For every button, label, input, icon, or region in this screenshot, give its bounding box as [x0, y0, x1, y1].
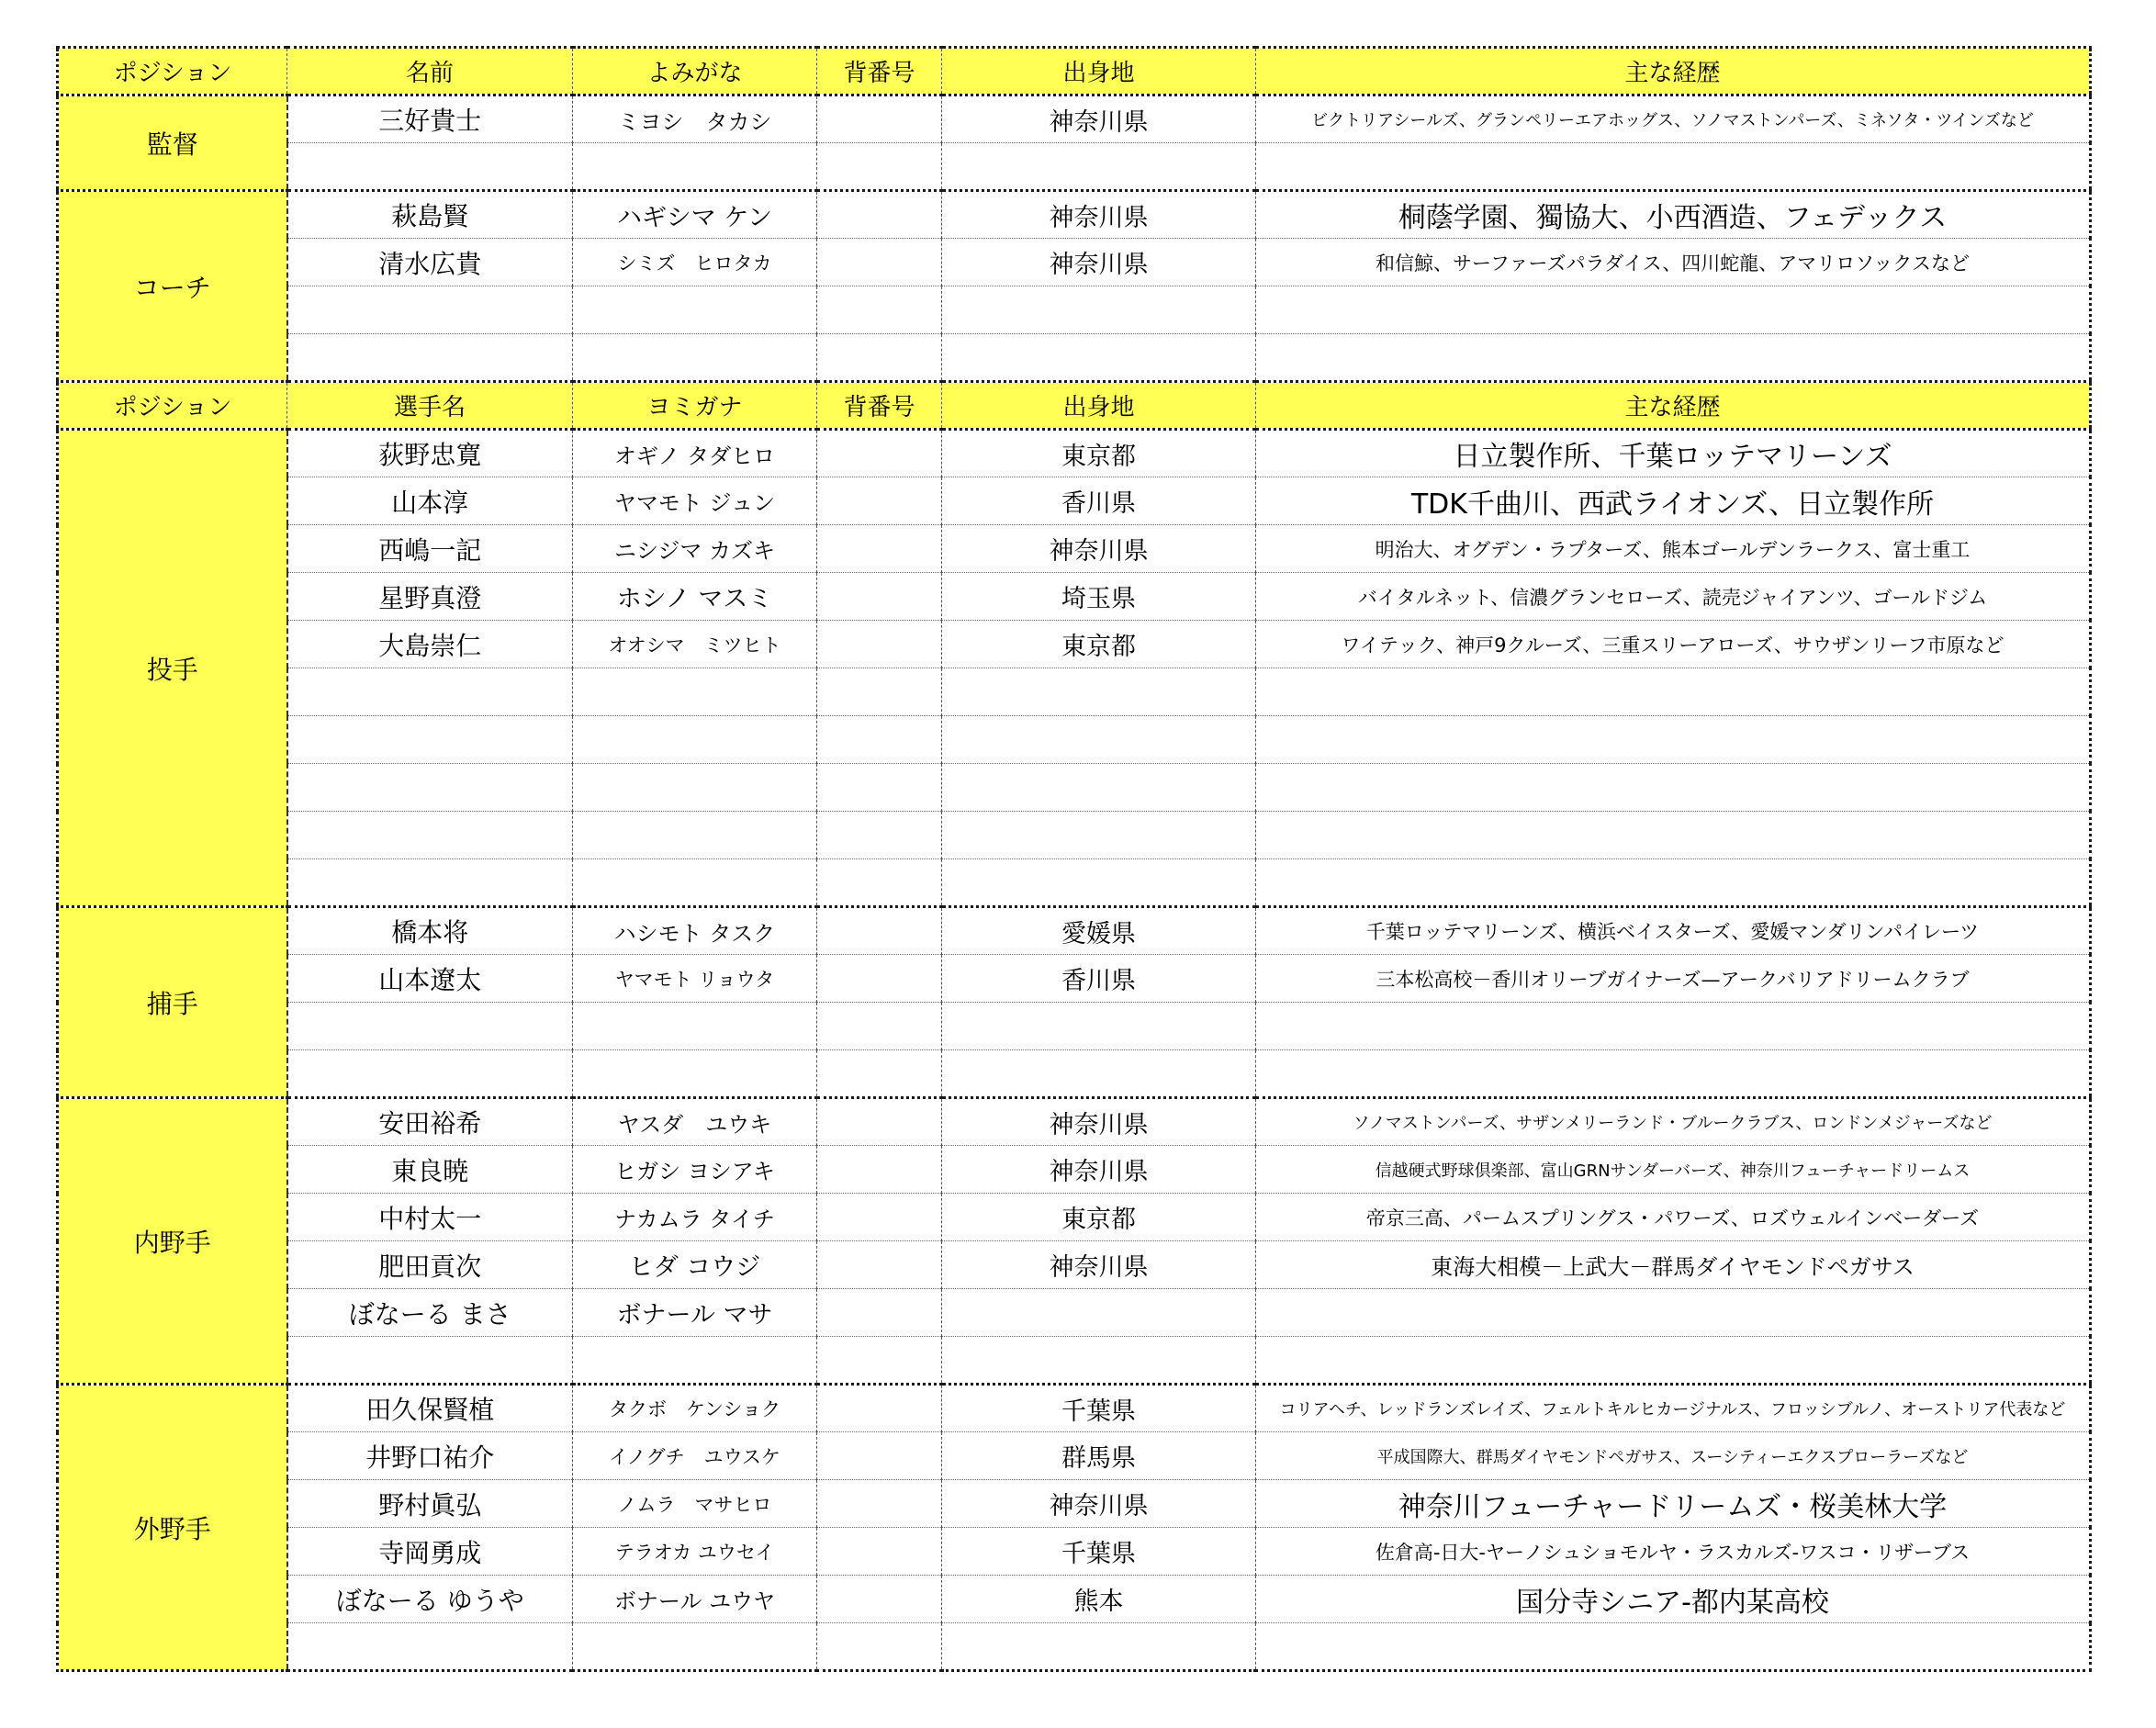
roster-row: 投手荻野忠寛オギノ タダヒロ東京都日立製作所、千葉ロッテマリーンズ	[58, 430, 2091, 477]
cell-hometown: 埼玉県	[942, 573, 1256, 621]
cell-number	[817, 1003, 942, 1050]
header-cell-name: 名前	[287, 48, 573, 95]
cell-hometown: 香川県	[942, 955, 1256, 1003]
cell-hometown	[942, 286, 1256, 334]
header-cell-reading: よみがな	[573, 48, 817, 95]
cell-reading	[573, 334, 817, 382]
cell-reading	[573, 1337, 817, 1385]
cell-number	[817, 573, 942, 621]
cell-career: TDK千曲川、西武ライオンズ、日立製作所	[1256, 477, 2091, 525]
cell-hometown: 神奈川県	[942, 1241, 1256, 1289]
roster-row	[58, 1050, 2091, 1098]
roster-row: 肥田貢次ヒダ コウジ神奈川県東海大相模－上武大－群馬ダイヤモンドペガサス	[58, 1241, 2091, 1289]
cell-career: ソノマストンパーズ、サザンメリーランド・ブルークラブス、ロンドンメジャーズなど	[1256, 1098, 2091, 1146]
cell-number	[817, 334, 942, 382]
cell-reading	[573, 668, 817, 716]
roster-body: ポジション名前よみがな背番号出身地主な経歴監督三好貴士ミヨシ タカシ神奈川県ビク…	[58, 48, 2091, 1671]
cell-career: 帝京三高、パームスプリングス・パワーズ、ロズウェルインベーダーズ	[1256, 1194, 2091, 1241]
cell-name	[287, 1623, 573, 1671]
cell-reading	[573, 1623, 817, 1671]
cell-name: 西嶋一記	[287, 525, 573, 573]
cell-reading: ヒガシ ヨシアキ	[573, 1146, 817, 1194]
cell-reading: ヤマモト リョウタ	[573, 955, 817, 1003]
cell-number	[817, 191, 942, 239]
cell-name: 野村眞弘	[287, 1480, 573, 1528]
cell-name: ぼなーる ゆうや	[287, 1576, 573, 1623]
cell-number	[817, 1194, 942, 1241]
cell-name: ぼなーる まさ	[287, 1289, 573, 1337]
roster-row: 大島崇仁オオシマ ミツヒト東京都ワイテック、神戸9クルーズ、三重スリーアローズ、…	[58, 621, 2091, 668]
roster-row: 監督三好貴士ミヨシ タカシ神奈川県ビクトリアシールズ、グランペリーエアホッグス、…	[58, 95, 2091, 143]
header-row-staff: ポジション名前よみがな背番号出身地主な経歴	[58, 48, 2091, 95]
cell-hometown	[942, 716, 1256, 764]
cell-career: 三本松高校－香川オリーブガイナーズ—アークバリアドリームクラブ	[1256, 955, 2091, 1003]
cell-name: 橋本将	[287, 907, 573, 955]
cell-hometown: 東京都	[942, 1194, 1256, 1241]
cell-name	[287, 286, 573, 334]
cell-hometown: 神奈川県	[942, 1098, 1256, 1146]
cell-number	[817, 1480, 942, 1528]
cell-career: 東海大相模－上武大－群馬ダイヤモンドペガサス	[1256, 1241, 2091, 1289]
header-cell-hometown: 出身地	[942, 382, 1256, 430]
header-cell-reading: ヨミガナ	[573, 382, 817, 430]
cell-name: 清水広貴	[287, 239, 573, 286]
cell-name: 井野口祐介	[287, 1432, 573, 1480]
cell-hometown: 神奈川県	[942, 95, 1256, 143]
cell-reading: ボナール ユウヤ	[573, 1576, 817, 1623]
cell-hometown	[942, 764, 1256, 812]
cell-career	[1256, 286, 2091, 334]
cell-number	[817, 525, 942, 573]
cell-number	[817, 764, 942, 812]
cell-name: 肥田貢次	[287, 1241, 573, 1289]
cell-hometown: 千葉県	[942, 1385, 1256, 1432]
roster-row	[58, 286, 2091, 334]
cell-career	[1256, 1337, 2091, 1385]
section-label-infielder: 内野手	[58, 1098, 287, 1385]
cell-number	[817, 1146, 942, 1194]
header-cell-number: 背番号	[817, 48, 942, 95]
cell-number	[817, 286, 942, 334]
cell-name	[287, 1050, 573, 1098]
cell-hometown	[942, 334, 1256, 382]
roster-row: 外野手田久保賢植タクボ ケンショク千葉県コリアヘチ、レッドランズレイズ、フェルト…	[58, 1385, 2091, 1432]
header-cell-career: 主な経歴	[1256, 382, 2091, 430]
cell-hometown: 神奈川県	[942, 1146, 1256, 1194]
cell-reading: ナカムラ タイチ	[573, 1194, 817, 1241]
cell-name	[287, 1337, 573, 1385]
roster-row: ぼなーる まさボナール マサ	[58, 1289, 2091, 1337]
roster-row	[58, 334, 2091, 382]
cell-name: 安田裕希	[287, 1098, 573, 1146]
cell-hometown: 千葉県	[942, 1528, 1256, 1576]
cell-hometown: 熊本	[942, 1576, 1256, 1623]
cell-number	[817, 716, 942, 764]
cell-reading: ノムラ マサヒロ	[573, 1480, 817, 1528]
cell-career	[1256, 1003, 2091, 1050]
roster-row: 内野手安田裕希ヤスダ ユウキ神奈川県ソノマストンパーズ、サザンメリーランド・ブル…	[58, 1098, 2091, 1146]
cell-hometown	[942, 859, 1256, 907]
roster-table: ポジション名前よみがな背番号出身地主な経歴監督三好貴士ミヨシ タカシ神奈川県ビク…	[56, 46, 2092, 1672]
cell-number	[817, 621, 942, 668]
cell-number	[817, 239, 942, 286]
cell-reading	[573, 1050, 817, 1098]
section-label-outfielder: 外野手	[58, 1385, 287, 1671]
cell-number	[817, 907, 942, 955]
cell-reading: ミヨシ タカシ	[573, 95, 817, 143]
cell-number	[817, 477, 942, 525]
cell-career: コリアヘチ、レッドランズレイズ、フェルトキルヒカージナルス、フロッシブルノ、オー…	[1256, 1385, 2091, 1432]
roster-row	[58, 1623, 2091, 1671]
roster-row: 西嶋一記ニシジマ カズキ神奈川県明治大、オグデン・ラプターズ、熊本ゴールデンラー…	[58, 525, 2091, 573]
section-label-manager: 監督	[58, 95, 287, 191]
roster-row: 捕手橋本将ハシモト タスク愛媛県千葉ロッテマリーンズ、横浜ベイスターズ、愛媛マン…	[58, 907, 2091, 955]
cell-name	[287, 859, 573, 907]
cell-reading: シミズ ヒロタカ	[573, 239, 817, 286]
cell-reading: ヤマモト ジュン	[573, 477, 817, 525]
roster-row	[58, 668, 2091, 716]
cell-reading: タクボ ケンショク	[573, 1385, 817, 1432]
cell-hometown: 神奈川県	[942, 191, 1256, 239]
cell-hometown: 神奈川県	[942, 239, 1256, 286]
cell-hometown: 群馬県	[942, 1432, 1256, 1480]
roster-row	[58, 143, 2091, 191]
cell-career: 千葉ロッテマリーンズ、横浜ベイスターズ、愛媛マンダリンパイレーツ	[1256, 907, 2091, 955]
cell-name	[287, 1003, 573, 1050]
header-cell-position: ポジション	[58, 382, 287, 430]
cell-reading: ホシノ マスミ	[573, 573, 817, 621]
cell-hometown	[942, 1337, 1256, 1385]
cell-name: 荻野忠寛	[287, 430, 573, 477]
cell-number	[817, 812, 942, 859]
cell-reading: ハギシマ ケン	[573, 191, 817, 239]
cell-reading	[573, 859, 817, 907]
cell-reading: テラオカ ユウセイ	[573, 1528, 817, 1576]
cell-career	[1256, 812, 2091, 859]
section-label-coach: コーチ	[58, 191, 287, 382]
cell-career: 信越硬式野球倶楽部、富山GRNサンダーバーズ、神奈川フューチャードリームス	[1256, 1146, 2091, 1194]
roster-row	[58, 859, 2091, 907]
cell-career	[1256, 143, 2091, 191]
cell-hometown	[942, 812, 1256, 859]
cell-reading	[573, 764, 817, 812]
cell-name	[287, 334, 573, 382]
cell-hometown: 愛媛県	[942, 907, 1256, 955]
cell-hometown	[942, 1623, 1256, 1671]
roster-row: ぼなーる ゆうやボナール ユウヤ熊本国分寺シニア-都内某高校	[58, 1576, 2091, 1623]
cell-hometown: 神奈川県	[942, 1480, 1256, 1528]
cell-career: 平成国際大、群馬ダイヤモンドペガサス、スーシティーエクスプローラーズなど	[1256, 1432, 2091, 1480]
cell-reading	[573, 716, 817, 764]
roster-row	[58, 1003, 2091, 1050]
cell-hometown	[942, 1289, 1256, 1337]
cell-number	[817, 1098, 942, 1146]
cell-career: 日立製作所、千葉ロッテマリーンズ	[1256, 430, 2091, 477]
cell-name: 田久保賢植	[287, 1385, 573, 1432]
cell-name: 山本淳	[287, 477, 573, 525]
cell-career	[1256, 1050, 2091, 1098]
cell-number	[817, 1050, 942, 1098]
cell-number	[817, 1337, 942, 1385]
cell-number	[817, 859, 942, 907]
cell-career	[1256, 764, 2091, 812]
cell-career	[1256, 1289, 2091, 1337]
cell-name: 東良暁	[287, 1146, 573, 1194]
cell-reading: ハシモト タスク	[573, 907, 817, 955]
cell-career: 国分寺シニア-都内某高校	[1256, 1576, 2091, 1623]
cell-hometown	[942, 1003, 1256, 1050]
header-row-players: ポジション選手名ヨミガナ背番号出身地主な経歴	[58, 382, 2091, 430]
cell-number	[817, 143, 942, 191]
header-cell-hometown: 出身地	[942, 48, 1256, 95]
cell-name: 大島崇仁	[287, 621, 573, 668]
cell-name	[287, 716, 573, 764]
cell-hometown	[942, 668, 1256, 716]
cell-number	[817, 955, 942, 1003]
roster-row	[58, 716, 2091, 764]
header-cell-career: 主な経歴	[1256, 48, 2091, 95]
cell-reading	[573, 286, 817, 334]
cell-number	[817, 1623, 942, 1671]
cell-number	[817, 1528, 942, 1576]
cell-name: 星野真澄	[287, 573, 573, 621]
cell-career	[1256, 716, 2091, 764]
cell-career: ビクトリアシールズ、グランペリーエアホッグス、ソノマストンパーズ、ミネソタ・ツイ…	[1256, 95, 2091, 143]
cell-number	[817, 1241, 942, 1289]
cell-name: 中村太一	[287, 1194, 573, 1241]
cell-name: 三好貴士	[287, 95, 573, 143]
roster-row: 清水広貴シミズ ヒロタカ神奈川県和信鯨、サーファーズパラダイス、四川蛇龍、アマリ…	[58, 239, 2091, 286]
cell-reading: イノグチ ユウスケ	[573, 1432, 817, 1480]
cell-reading: ボナール マサ	[573, 1289, 817, 1337]
cell-career: 明治大、オグデン・ラプターズ、熊本ゴールデンラークス、富士重工	[1256, 525, 2091, 573]
cell-number	[817, 95, 942, 143]
cell-hometown: 東京都	[942, 621, 1256, 668]
page: ポジション名前よみがな背番号出身地主な経歴監督三好貴士ミヨシ タカシ神奈川県ビク…	[56, 46, 2092, 1672]
cell-hometown: 東京都	[942, 430, 1256, 477]
cell-hometown: 神奈川県	[942, 525, 1256, 573]
header-cell-name: 選手名	[287, 382, 573, 430]
cell-name	[287, 143, 573, 191]
cell-reading: オオシマ ミツヒト	[573, 621, 817, 668]
cell-number	[817, 668, 942, 716]
roster-row: 山本淳ヤマモト ジュン香川県TDK千曲川、西武ライオンズ、日立製作所	[58, 477, 2091, 525]
roster-row: 星野真澄ホシノ マスミ埼玉県バイタルネット、信濃グランセローズ、読売ジャイアンツ…	[58, 573, 2091, 621]
cell-reading: ニシジマ カズキ	[573, 525, 817, 573]
cell-career: 佐倉高-日大-ヤーノシュショモルヤ・ラスカルズ-ワスコ・リザーブス	[1256, 1528, 2091, 1576]
cell-number	[817, 1432, 942, 1480]
cell-career	[1256, 859, 2091, 907]
cell-career	[1256, 668, 2091, 716]
cell-reading: ヤスダ ユウキ	[573, 1098, 817, 1146]
roster-row	[58, 1337, 2091, 1385]
cell-reading: オギノ タダヒロ	[573, 430, 817, 477]
roster-row: 中村太一ナカムラ タイチ東京都帝京三高、パームスプリングス・パワーズ、ロズウェル…	[58, 1194, 2091, 1241]
cell-reading: ヒダ コウジ	[573, 1241, 817, 1289]
roster-row: 野村眞弘ノムラ マサヒロ神奈川県神奈川フューチャードリームズ・桜美林大学	[58, 1480, 2091, 1528]
roster-row: 寺岡勇成テラオカ ユウセイ千葉県佐倉高-日大-ヤーノシュショモルヤ・ラスカルズ-…	[58, 1528, 2091, 1576]
section-label-pitcher: 投手	[58, 430, 287, 907]
cell-name: 山本遼太	[287, 955, 573, 1003]
cell-career	[1256, 1623, 2091, 1671]
roster-row: 山本遼太ヤマモト リョウタ香川県三本松高校－香川オリーブガイナーズ—アークバリア…	[58, 955, 2091, 1003]
cell-career: 神奈川フューチャードリームズ・桜美林大学	[1256, 1480, 2091, 1528]
cell-number	[817, 1385, 942, 1432]
roster-row: 東良暁ヒガシ ヨシアキ神奈川県信越硬式野球倶楽部、富山GRNサンダーバーズ、神奈…	[58, 1146, 2091, 1194]
cell-career: 和信鯨、サーファーズパラダイス、四川蛇龍、アマリロソックスなど	[1256, 239, 2091, 286]
cell-reading	[573, 143, 817, 191]
header-cell-position: ポジション	[58, 48, 287, 95]
cell-career: 桐蔭学園、獨協大、小西酒造、フェデックス	[1256, 191, 2091, 239]
roster-row: 井野口祐介イノグチ ユウスケ群馬県平成国際大、群馬ダイヤモンドペガサス、スーシテ…	[58, 1432, 2091, 1480]
cell-reading	[573, 1003, 817, 1050]
header-cell-number: 背番号	[817, 382, 942, 430]
cell-career: バイタルネット、信濃グランセローズ、読売ジャイアンツ、ゴールドジム	[1256, 573, 2091, 621]
cell-name	[287, 812, 573, 859]
section-label-catcher: 捕手	[58, 907, 287, 1098]
cell-career: ワイテック、神戸9クルーズ、三重スリーアローズ、サウザンリーフ市原など	[1256, 621, 2091, 668]
cell-name: 寺岡勇成	[287, 1528, 573, 1576]
cell-name	[287, 668, 573, 716]
cell-number	[817, 1576, 942, 1623]
cell-reading	[573, 812, 817, 859]
roster-row: コーチ萩島賢ハギシマ ケン神奈川県桐蔭学園、獨協大、小西酒造、フェデックス	[58, 191, 2091, 239]
cell-hometown: 香川県	[942, 477, 1256, 525]
cell-name: 萩島賢	[287, 191, 573, 239]
roster-row	[58, 812, 2091, 859]
cell-number	[817, 1289, 942, 1337]
cell-number	[817, 430, 942, 477]
roster-row	[58, 764, 2091, 812]
cell-hometown	[942, 143, 1256, 191]
cell-name	[287, 764, 573, 812]
cell-career	[1256, 334, 2091, 382]
cell-hometown	[942, 1050, 1256, 1098]
